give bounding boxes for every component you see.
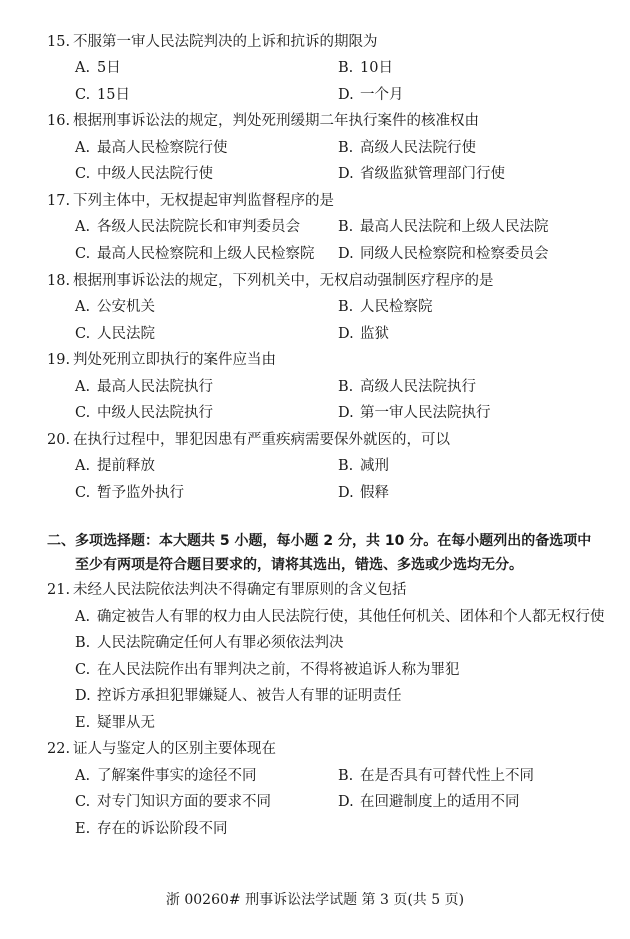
question-20-stem: 20.在执行过程中，罪犯因患有严重疾病需要保外就医的，可以 — [47, 430, 450, 450]
text: 减刑 — [360, 458, 389, 474]
option-letter: B. — [338, 377, 360, 397]
question-number: 21. — [47, 580, 73, 600]
q18-option-b: B.人民检察院 — [338, 297, 433, 317]
text: 10日 — [360, 60, 393, 76]
section-2-heading-line2: 至少有两项是符合题目要求的，请将其选出，错选、多选或少选均无分。 — [75, 555, 523, 575]
option-letter: D. — [338, 244, 360, 264]
q17-option-d: D.同级人民检察院和检察委员会 — [338, 244, 549, 264]
option-letter: A. — [75, 58, 97, 78]
option-letter: A. — [75, 607, 97, 627]
text: 一个月 — [360, 87, 404, 103]
option-letter: A. — [75, 138, 97, 158]
text: 在执行过程中，罪犯因患有严重疾病需要保外就医的，可以 — [73, 432, 450, 448]
question-number: 15. — [47, 32, 73, 52]
q21-option-b: B.人民法院确定任何人有罪必须依法判决 — [75, 633, 344, 653]
text: 证人与鉴定人的区别主要体现在 — [73, 741, 276, 757]
q20-option-b: B.减刑 — [338, 456, 389, 476]
text: 最高人民检察院行使 — [97, 140, 228, 156]
question-number: 17. — [47, 191, 73, 211]
q18-option-a: A.公安机关 — [75, 297, 155, 317]
question-17-stem: 17.下列主体中，无权提起审判监督程序的是 — [47, 191, 334, 211]
text: 第一审人民法院执行 — [360, 405, 491, 421]
text: 最高人民法院和上级人民法院 — [360, 219, 549, 235]
question-19-stem: 19.判处死刑立即执行的案件应当由 — [47, 350, 276, 370]
q16-option-d: D.省级监狱管理部门行使 — [338, 164, 505, 184]
option-letter: B. — [338, 138, 360, 158]
option-letter: B. — [75, 633, 97, 653]
q16-option-a: A.最高人民检察院行使 — [75, 138, 228, 158]
q19-option-b: B.高级人民法院执行 — [338, 377, 476, 397]
text: 在是否具有可替代性上不同 — [360, 768, 534, 784]
option-letter: C. — [75, 660, 97, 680]
option-letter: A. — [75, 766, 97, 786]
option-letter: B. — [338, 58, 360, 78]
question-number: 19. — [47, 350, 73, 370]
option-letter: D. — [338, 85, 360, 105]
text: 提前释放 — [97, 458, 155, 474]
option-letter: A. — [75, 217, 97, 237]
option-letter: C. — [75, 403, 97, 423]
text: 判处死刑立即执行的案件应当由 — [73, 352, 276, 368]
text: 高级人民法院行使 — [360, 140, 476, 156]
option-letter: E. — [75, 819, 97, 839]
page-footer: 浙 00260# 刑事诉讼法学试题 第 3 页(共 5 页) — [0, 889, 630, 909]
text: 存在的诉讼阶段不同 — [97, 821, 228, 837]
text: 了解案件事实的途径不同 — [97, 768, 257, 784]
q21-option-c: C.在人民法院作出有罪判决之前，不得将被追诉人称为罪犯 — [75, 660, 460, 680]
text: 中级人民法院行使 — [97, 166, 213, 182]
text: 不服第一审人民法院判决的上诉和抗诉的期限为 — [73, 34, 378, 50]
q22-option-a: A.了解案件事实的途径不同 — [75, 766, 257, 786]
q16-option-c: C.中级人民法院行使 — [75, 164, 213, 184]
text: 省级监狱管理部门行使 — [360, 166, 505, 182]
option-letter: C. — [75, 792, 97, 812]
q15-option-b: B.10日 — [338, 58, 393, 78]
text: 15日 — [97, 87, 130, 103]
text: 确定被告人有罪的权力由人民法院行使，其他任何机关、团体和个人都无权行使 — [97, 609, 605, 625]
text: 控诉方承担犯罪嫌疑人、被告人有罪的证明责任 — [97, 688, 402, 704]
option-letter: B. — [338, 766, 360, 786]
q19-option-a: A.最高人民法院执行 — [75, 377, 213, 397]
q17-option-a: A.各级人民法院院长和审判委员会 — [75, 217, 300, 237]
option-letter: D. — [338, 164, 360, 184]
option-letter: C. — [75, 164, 97, 184]
text: 最高人民检察院和上级人民检察院 — [97, 246, 315, 262]
option-letter: C. — [75, 244, 97, 264]
text: 对专门知识方面的要求不同 — [97, 794, 271, 810]
text: 同级人民检察院和检察委员会 — [360, 246, 549, 262]
q20-option-d: D.假释 — [338, 483, 389, 503]
option-letter: B. — [338, 217, 360, 237]
question-15-stem: 15.不服第一审人民法院判决的上诉和抗诉的期限为 — [47, 32, 378, 52]
section-2-heading-line1: 二、多项选择题：本大题共 5 小题，每小题 2 分，共 10 分。在每小题列出的… — [47, 531, 591, 551]
option-letter: E. — [75, 713, 97, 733]
text: 未经人民法院依法判决不得确定有罪原则的含义包括 — [73, 582, 407, 598]
option-letter: A. — [75, 297, 97, 317]
text: 人民法院 — [97, 326, 155, 342]
option-letter: D. — [338, 792, 360, 812]
q20-option-a: A.提前释放 — [75, 456, 155, 476]
q22-option-d: D.在回避制度上的适用不同 — [338, 792, 520, 812]
text: 在人民法院作出有罪判决之前，不得将被追诉人称为罪犯 — [97, 662, 460, 678]
q15-option-a: A.5日 — [75, 58, 121, 78]
text: 在回避制度上的适用不同 — [360, 794, 520, 810]
option-letter: D. — [338, 403, 360, 423]
q17-option-c: C.最高人民检察院和上级人民检察院 — [75, 244, 315, 264]
q15-option-c: C.15日 — [75, 85, 130, 105]
option-letter: C. — [75, 324, 97, 344]
text: 公安机关 — [97, 299, 155, 315]
text: 人民法院确定任何人有罪必须依法判决 — [97, 635, 344, 651]
text: 监狱 — [360, 326, 389, 342]
text: 高级人民法院执行 — [360, 379, 476, 395]
q15-option-d: D.一个月 — [338, 85, 404, 105]
q22-option-b: B.在是否具有可替代性上不同 — [338, 766, 534, 786]
text: 人民检察院 — [360, 299, 433, 315]
text: 各级人民法院院长和审判委员会 — [97, 219, 300, 235]
q20-option-c: C.暂予监外执行 — [75, 483, 184, 503]
text: 假释 — [360, 485, 389, 501]
option-letter: C. — [75, 85, 97, 105]
text: 疑罪从无 — [97, 715, 155, 731]
option-letter: C. — [75, 483, 97, 503]
question-number: 16. — [47, 111, 73, 131]
q18-option-c: C.人民法院 — [75, 324, 155, 344]
option-letter: D. — [338, 483, 360, 503]
option-letter: A. — [75, 377, 97, 397]
q22-option-e: E.存在的诉讼阶段不同 — [75, 819, 228, 839]
question-number: 20. — [47, 430, 73, 450]
q19-option-d: D.第一审人民法院执行 — [338, 403, 491, 423]
text: 5日 — [97, 60, 121, 76]
q21-option-a: A.确定被告人有罪的权力由人民法院行使，其他任何机关、团体和个人都无权行使 — [75, 607, 605, 627]
text: 暂予监外执行 — [97, 485, 184, 501]
text: 最高人民法院执行 — [97, 379, 213, 395]
text: 下列主体中，无权提起审判监督程序的是 — [73, 193, 334, 209]
text: 中级人民法院执行 — [97, 405, 213, 421]
option-letter: B. — [338, 456, 360, 476]
option-letter: D. — [338, 324, 360, 344]
option-letter: B. — [338, 297, 360, 317]
question-number: 18. — [47, 271, 73, 291]
option-letter: A. — [75, 456, 97, 476]
q18-option-d: D.监狱 — [338, 324, 389, 344]
q22-option-c: C.对专门知识方面的要求不同 — [75, 792, 271, 812]
question-21-stem: 21.未经人民法院依法判决不得确定有罪原则的含义包括 — [47, 580, 407, 600]
option-letter: D. — [75, 686, 97, 706]
text: 根据刑事诉讼法的规定，判处死刑缓期二年执行案件的核准权由 — [73, 113, 479, 129]
text: 根据刑事诉讼法的规定，下列机关中，无权启动强制医疗程序的是 — [73, 273, 494, 289]
question-18-stem: 18.根据刑事诉讼法的规定，下列机关中，无权启动强制医疗程序的是 — [47, 271, 494, 291]
q21-option-d: D.控诉方承担犯罪嫌疑人、被告人有罪的证明责任 — [75, 686, 402, 706]
q17-option-b: B.最高人民法院和上级人民法院 — [338, 217, 549, 237]
question-22-stem: 22.证人与鉴定人的区别主要体现在 — [47, 739, 276, 759]
q16-option-b: B.高级人民法院行使 — [338, 138, 476, 158]
question-16-stem: 16.根据刑事诉讼法的规定，判处死刑缓期二年执行案件的核准权由 — [47, 111, 479, 131]
q21-option-e: E.疑罪从无 — [75, 713, 155, 733]
q19-option-c: C.中级人民法院执行 — [75, 403, 213, 423]
question-number: 22. — [47, 739, 73, 759]
